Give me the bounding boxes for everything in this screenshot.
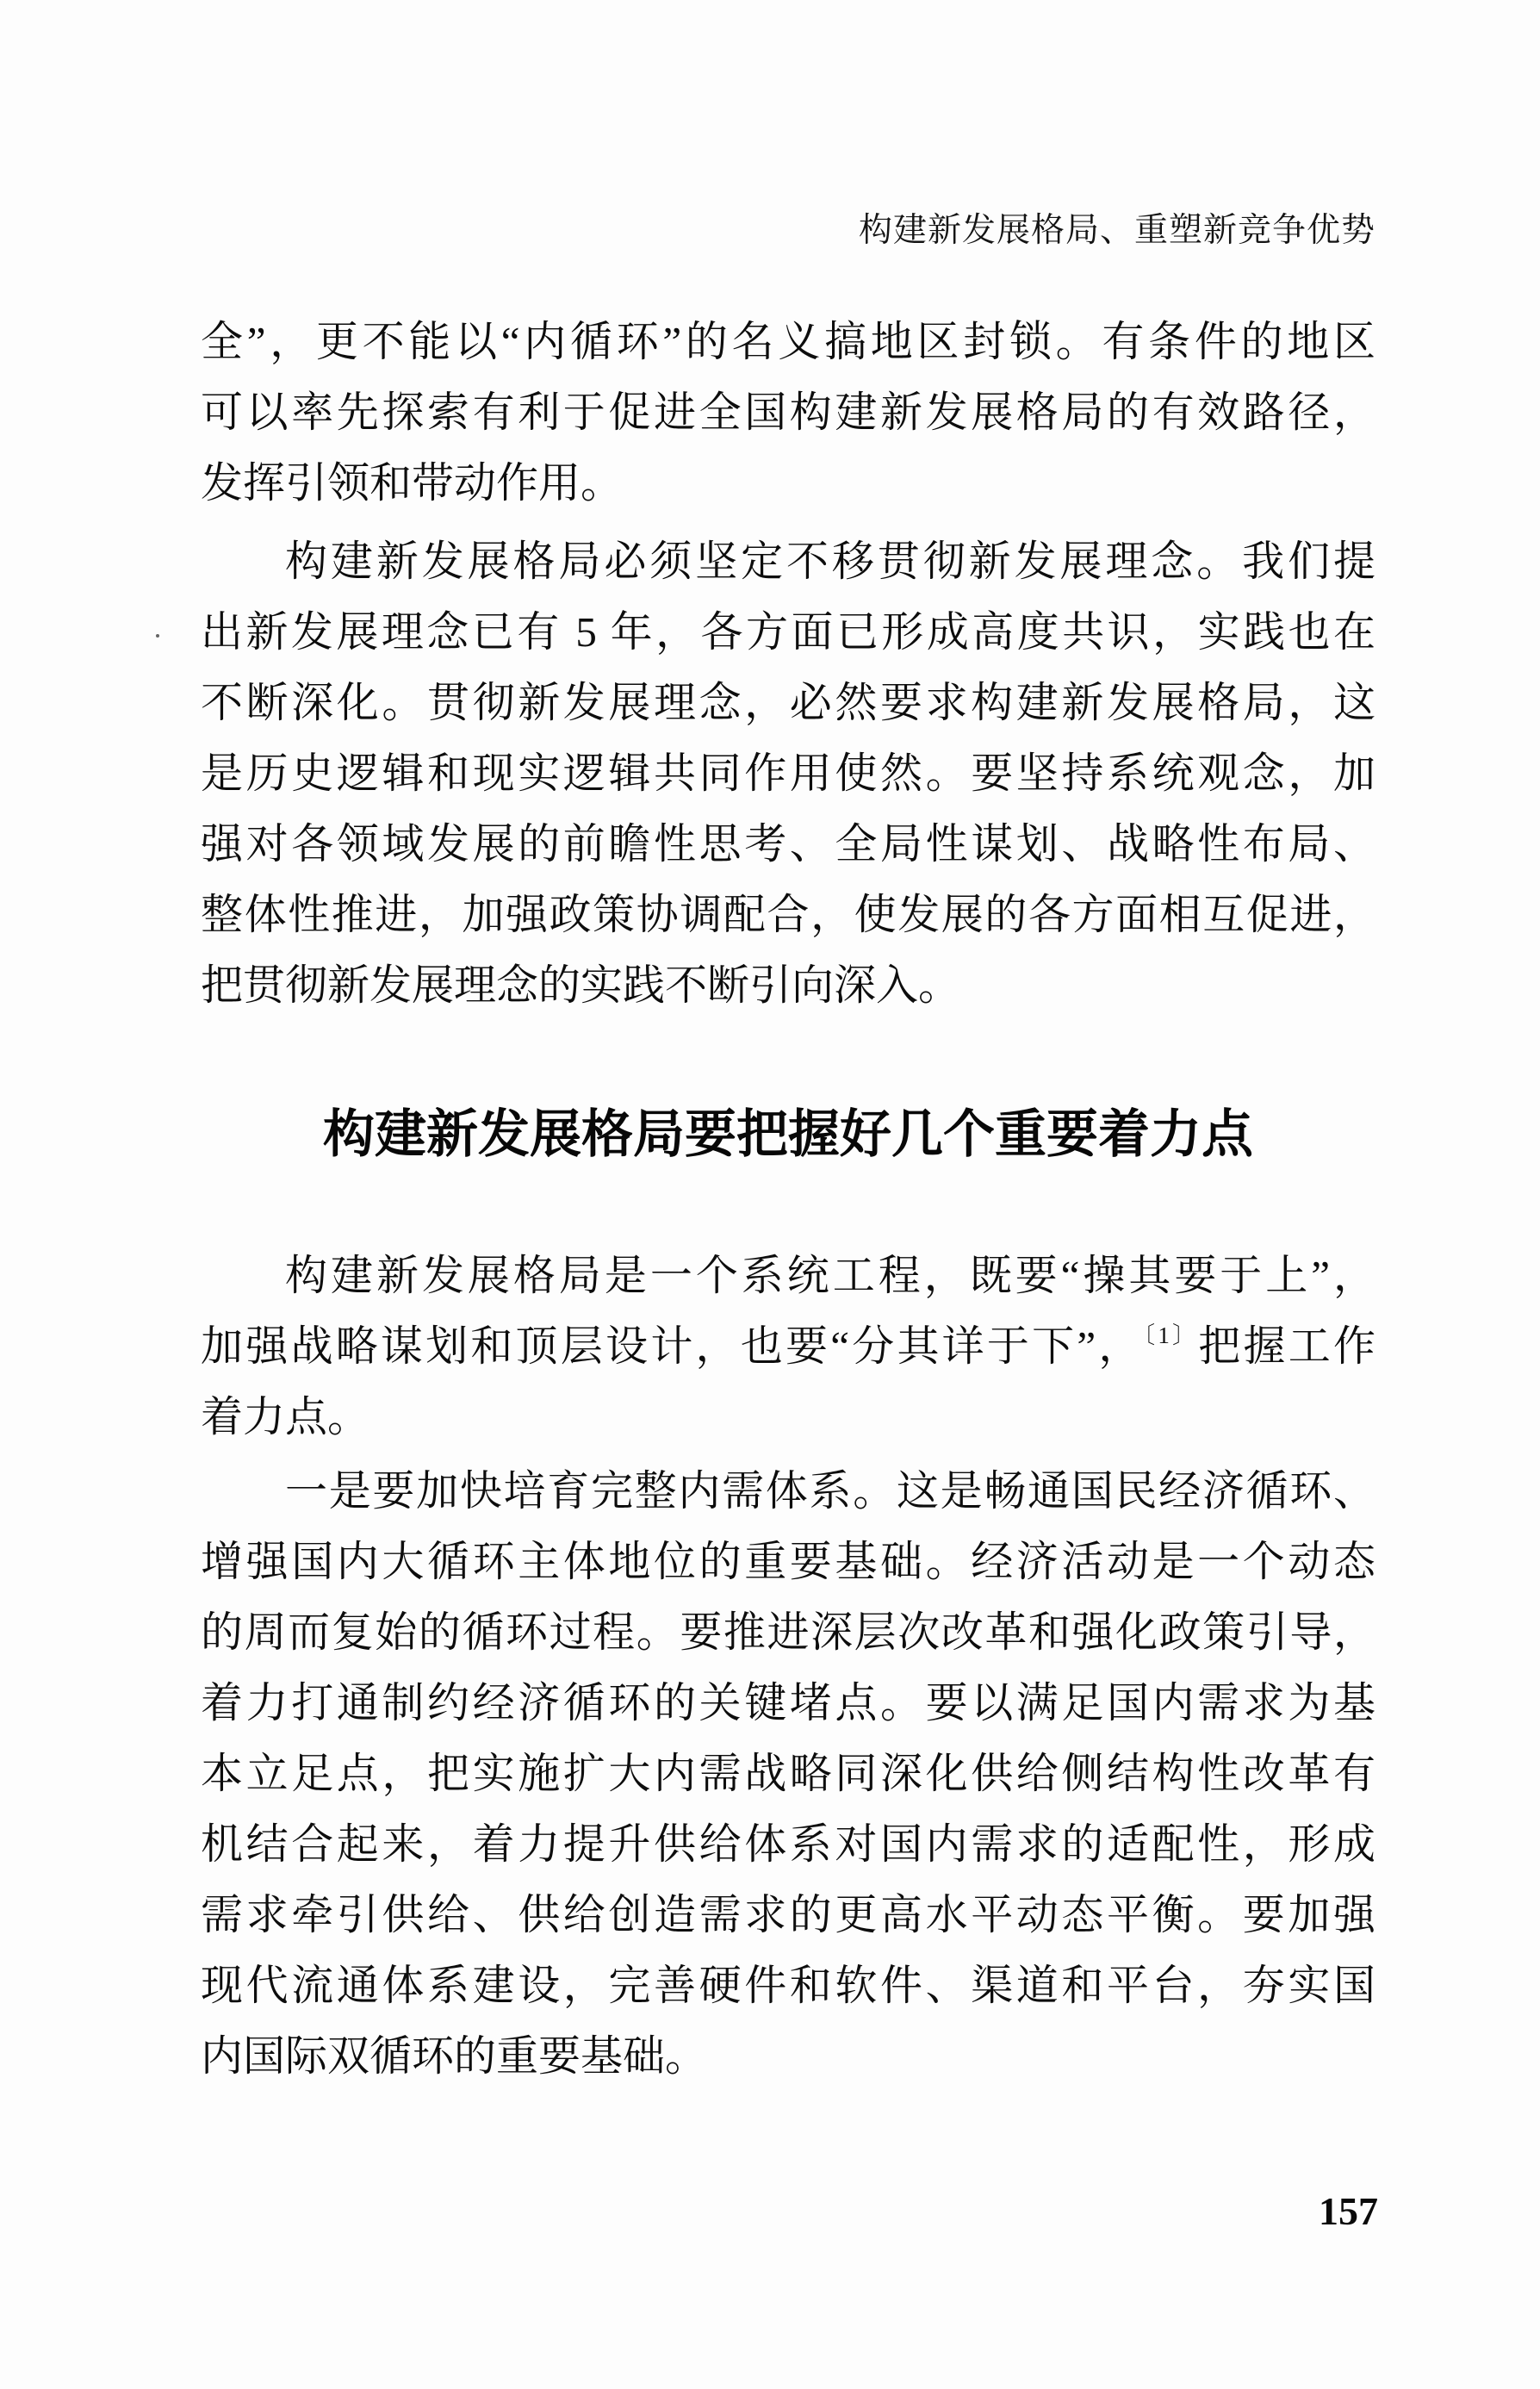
- scan-artifact-dot: [156, 634, 159, 638]
- text-line: 强对各领域发展的前瞻性思考、全局性谋划、战略性布局、: [201, 809, 1375, 880]
- text-line: 不断深化。贯彻新发展理念，必然要求构建新发展格局，这: [201, 668, 1375, 738]
- paragraph-3: 构建新发展格局是一个系统工程，既要“操其要于上”， 加强战略谋划和顶层设计，也要…: [201, 1241, 1375, 1453]
- text-line: 全”，更不能以“内循环”的名义搞地区封锁。有条件的地区: [201, 307, 1375, 377]
- text-line: 发挥引领和带动作用。: [201, 448, 1375, 519]
- text-line-with-footnote: 加强战略谋划和顶层设计，也要“分其详于下”，〔1〕把握工作: [201, 1311, 1375, 1382]
- section-heading: 构建新发展格局要把握好几个重要着力点: [201, 1100, 1375, 1169]
- paragraph-continued: 全”，更不能以“内循环”的名义搞地区封锁。有条件的地区 可以率先探索有利于促进全…: [201, 307, 1375, 519]
- text-line: 内国际双循环的重要基础。: [201, 2021, 1375, 2092]
- page-number: 157: [1319, 2188, 1378, 2234]
- book-page: 构建新发展格局、重塑新竞争优势 全”，更不能以“内循环”的名义搞地区封锁。有条件…: [0, 0, 1540, 2389]
- text-line: 构建新发展格局是一个系统工程，既要“操其要于上”，: [201, 1241, 1375, 1311]
- text-line: 构建新发展格局必须坚定不移贯彻新发展理念。我们提: [201, 526, 1375, 597]
- text-line: 出新发展理念已有 5 年，各方面已形成高度共识，实践也在: [201, 597, 1375, 668]
- text-segment: 加强战略谋划和顶层设计，也要“分其详于下”，: [201, 1322, 1144, 1370]
- text-line: 可以率先探索有利于促进全国构建新发展格局的有效路径，: [201, 377, 1375, 448]
- footnote-marker: 〔1〕: [1144, 1322, 1199, 1348]
- running-header: 构建新发展格局、重塑新竞争优势: [859, 203, 1375, 252]
- text-line: 把贯彻新发展理念的实践不断引向深入。: [201, 950, 1375, 1021]
- text-line: 着力点。: [201, 1382, 1375, 1453]
- text-line: 的周而复始的循环过程。要推进深层次改革和强化政策引导，: [201, 1597, 1375, 1668]
- text-line: 本立足点，把实施扩大内需战略同深化供给侧结构性改革有: [201, 1739, 1375, 1809]
- text-line: 现代流通体系建设，完善硬件和软件、渠道和平台，夯实国: [201, 1950, 1375, 2021]
- text-line: 一是要加快培育完整内需体系。这是畅通国民经济循环、: [201, 1456, 1375, 1527]
- text-segment: 把握工作: [1198, 1322, 1375, 1370]
- text-line: 机结合起来，着力提升供给体系对国内需求的适配性，形成: [201, 1809, 1375, 1880]
- text-line: 着力打通制约经济循环的关键堵点。要以满足国内需求为基: [201, 1668, 1375, 1739]
- paragraph-2: 构建新发展格局必须坚定不移贯彻新发展理念。我们提 出新发展理念已有 5 年，各方…: [201, 526, 1375, 1021]
- text-line: 整体性推进，加强政策协调配合，使发展的各方面相互促进，: [201, 880, 1375, 950]
- text-line: 增强国内大循环主体地位的重要基础。经济活动是一个动态: [201, 1527, 1375, 1597]
- text-line: 需求牵引供给、供给创造需求的更高水平动态平衡。要加强: [201, 1880, 1375, 1950]
- text-line: 是历史逻辑和现实逻辑共同作用使然。要坚持系统观念，加: [201, 738, 1375, 809]
- paragraph-4: 一是要加快培育完整内需体系。这是畅通国民经济循环、 增强国内大循环主体地位的重要…: [201, 1456, 1375, 2092]
